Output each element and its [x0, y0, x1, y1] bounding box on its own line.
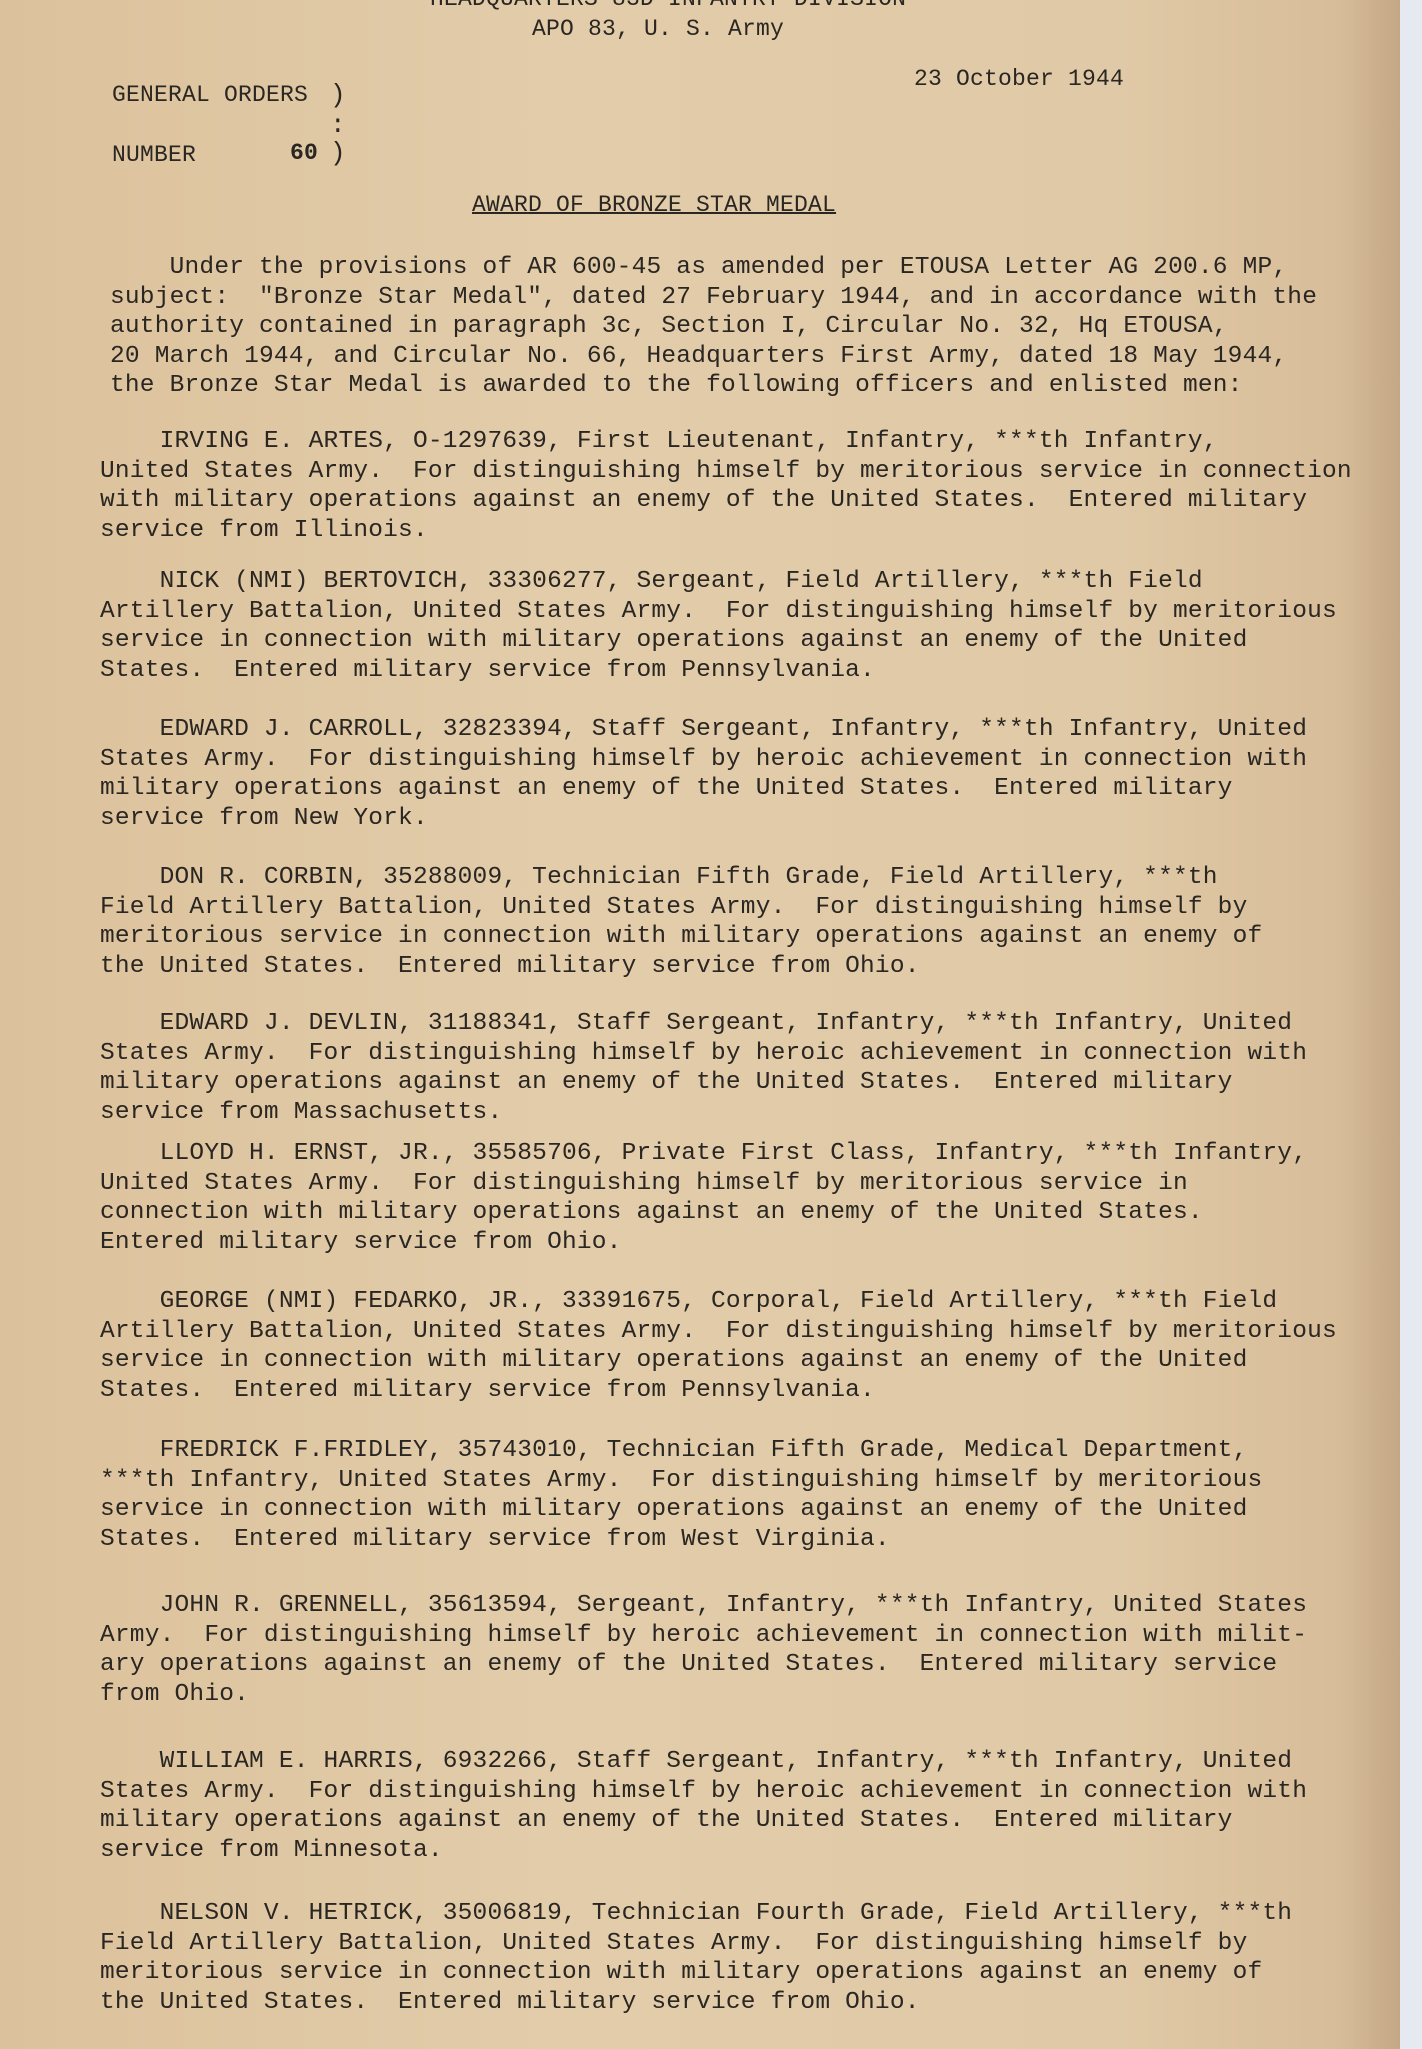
text-line: States. Entered military service from We…	[100, 1526, 890, 1553]
text-line: States Army. For distinguishing himself …	[100, 746, 1307, 773]
text-line: EDWARD J. DEVLIN, 31188341, Staff Sergea…	[100, 1010, 1292, 1037]
text-line: United States Army. For distinguishing h…	[100, 1170, 1188, 1197]
general-orders-label: GENERAL ORDERS	[112, 82, 308, 108]
text-line: service in connection with military oper…	[100, 1347, 1247, 1374]
order-number: 60	[290, 140, 318, 166]
text-line: Field Artillery Battalion, United States…	[100, 1930, 1247, 1957]
text-line: the United States. Entered military serv…	[100, 1989, 920, 2016]
text-line: LLOYD H. ERNST, JR., 35585706, Private F…	[100, 1140, 1307, 1167]
text-line: subject: "Bronze Star Medal", dated 27 F…	[110, 284, 1317, 311]
text-line: ary operations against an enemy of the U…	[100, 1651, 1277, 1678]
text-line: service from Illinois.	[100, 517, 428, 544]
colon-mark: :	[330, 110, 346, 140]
text-line: ***th Infantry, United States Army. For …	[100, 1467, 1262, 1494]
text-line: military operations against an enemy of …	[100, 1069, 1233, 1096]
apo-heading: APO 83, U. S. Army	[532, 16, 784, 42]
text-line: NICK (NMI) BERTOVICH, 33306277, Sergeant…	[100, 568, 1203, 595]
text-line: GEORGE (NMI) FEDARKO, JR., 33391675, Cor…	[100, 1288, 1277, 1315]
text-line: United States Army. For distinguishing h…	[100, 458, 1352, 485]
text-line: DON R. CORBIN, 35288009, Technician Fift…	[100, 864, 1218, 891]
text-line: States. Entered military service from Pe…	[100, 657, 875, 684]
text-line: States. Entered military service from Pe…	[100, 1377, 875, 1404]
text-line: Artillery Battalion, United States Army.…	[100, 598, 1337, 625]
text-line: service from New York.	[100, 805, 428, 832]
text-line: JOHN R. GRENNELL, 35613594, Sergeant, In…	[100, 1592, 1307, 1619]
text-line: Army. For distinguishing himself by hero…	[100, 1622, 1307, 1649]
text-line: Under the provisions of AR 600-45 as ame…	[110, 254, 1287, 281]
text-line: service from Massachusetts.	[100, 1099, 502, 1126]
order-date: 23 October 1944	[914, 66, 1124, 92]
text-line: military operations against an enemy of …	[100, 1807, 1233, 1834]
document-page: HEADQUARTERS 83D INFANTRY DIVISION APO 8…	[0, 0, 1400, 2049]
text-line: authority contained in paragraph 3c, Sec…	[110, 313, 1228, 340]
text-line: meritorious service in connection with m…	[100, 1959, 1262, 1986]
text-line: service in connection with military oper…	[100, 1496, 1247, 1523]
document-title: AWARD OF BRONZE STAR MEDAL	[472, 192, 836, 218]
text-line: Artillery Battalion, United States Army.…	[100, 1318, 1337, 1345]
text-line: IRVING E. ARTES, O-1297639, First Lieute…	[100, 428, 1218, 455]
text-line: Entered military service from Ohio.	[100, 1229, 622, 1256]
brace: )	[330, 80, 346, 110]
number-label: NUMBER	[112, 142, 196, 168]
text-line: service from Minnesota.	[100, 1837, 443, 1864]
text-line: States Army. For distinguishing himself …	[100, 1040, 1307, 1067]
text-line: EDWARD J. CARROLL, 32823394, Staff Serge…	[100, 716, 1307, 743]
text-line: meritorious service in connection with m…	[100, 923, 1262, 950]
text-line: FREDRICK F.FRIDLEY, 35743010, Technician…	[100, 1437, 1247, 1464]
text-line: military operations against an enemy of …	[100, 775, 1233, 802]
text-line: States Army. For distinguishing himself …	[100, 1778, 1307, 1805]
text-line: connection with military operations agai…	[100, 1199, 1203, 1226]
text-line: 20 March 1944, and Circular No. 66, Head…	[110, 343, 1287, 370]
brace: )	[330, 138, 346, 168]
text-line: the Bronze Star Medal is awarded to the …	[110, 372, 1243, 399]
text-line: WILLIAM E. HARRIS, 6932266, Staff Sergea…	[100, 1748, 1292, 1775]
text-line: the United States. Entered military serv…	[100, 953, 920, 980]
text-line: service in connection with military oper…	[100, 627, 1247, 654]
text-line: from Ohio.	[100, 1681, 249, 1708]
text-line: Field Artillery Battalion, United States…	[100, 894, 1247, 921]
unit-heading: HEADQUARTERS 83D INFANTRY DIVISION	[430, 0, 906, 12]
text-line: NELSON V. HETRICK, 35006819, Technician …	[100, 1900, 1292, 1927]
text-line: with military operations against an enem…	[100, 487, 1307, 514]
